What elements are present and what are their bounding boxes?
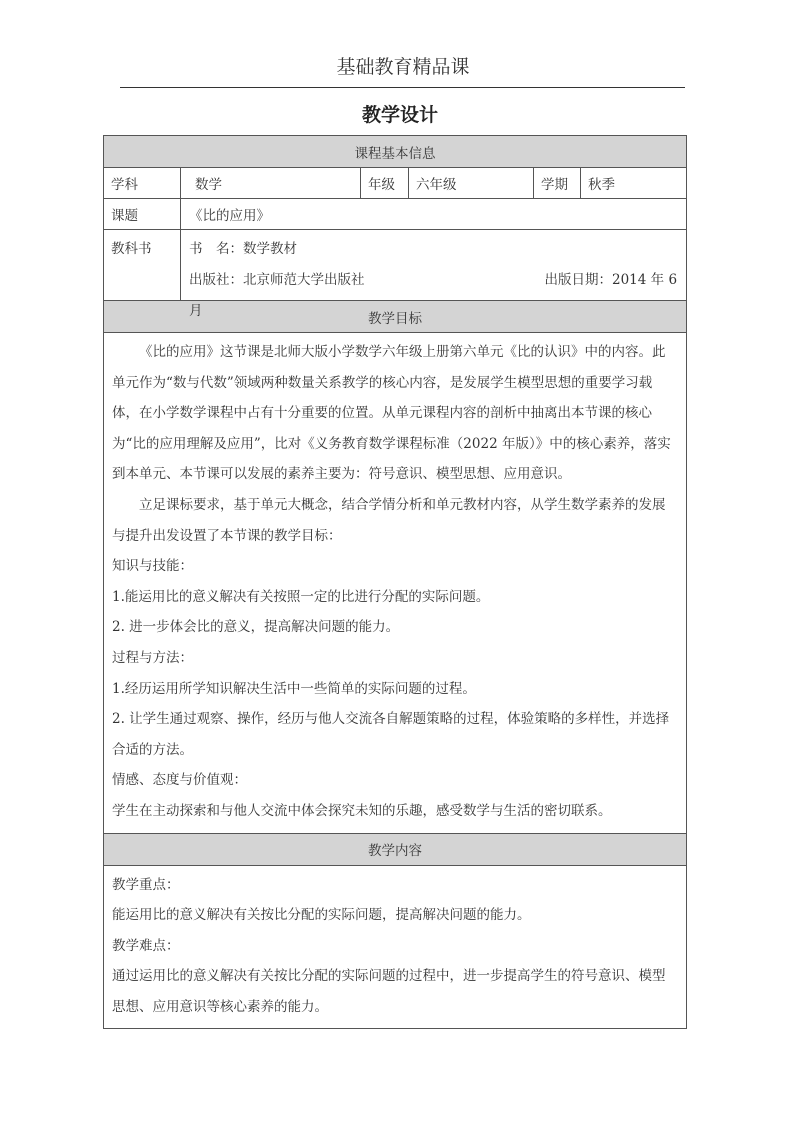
textbook-label: 教科书	[104, 230, 181, 301]
term-value: 秋季	[581, 168, 687, 199]
grade-label: 年级	[361, 168, 409, 199]
objectives-intro-2: 立足课标要求，基于单元大概念，结合学情分析和单元教材内容，从学生数学素养的发展与…	[112, 490, 678, 551]
difficulty-title: 教学难点：	[112, 931, 678, 962]
emotion-title: 情感、态度与价值观：	[112, 765, 678, 796]
knowledge-item: 2. 进一步体会比的意义，提高解决问题的能力。	[112, 612, 678, 643]
emotion-text: 学生在主动探索和与他人交流中体会探究未知的乐趣，感受数学与生活的密切联系。	[112, 796, 678, 827]
document-title: 教学设计	[0, 100, 800, 127]
lesson-design-table: 课程基本信息 学科 数学 年级 六年级 学期 秋季 课题 《比的应用》 教科书 …	[103, 135, 687, 1029]
key-point-title: 教学重点：	[112, 870, 678, 901]
process-item: 1.经历运用所学知识解决生活中一些简单的实际问题的过程。	[112, 674, 678, 705]
content-body: 教学重点： 能运用比的意义解决有关按比分配的实际问题，提高解决问题的能力。 教学…	[104, 865, 687, 1029]
term-label: 学期	[534, 168, 581, 199]
header-rule	[120, 87, 685, 88]
publisher-line: 出版社：北京师范大学出版社出版日期：2014 年 6 月	[189, 265, 678, 296]
series-title: 基础教育精品课	[122, 52, 684, 79]
subject-label: 学科	[104, 168, 181, 199]
process-title: 过程与方法：	[112, 643, 678, 674]
objectives-intro-1: 《比的应用》这节课是北师大版小学数学六年级上册第六单元《比的认识》中的内容。此单…	[112, 337, 678, 490]
objectives-body: 《比的应用》这节课是北师大版小学数学六年级上册第六单元《比的认识》中的内容。此单…	[104, 333, 687, 834]
section-header-basic-info: 课程基本信息	[104, 136, 687, 168]
subject-value: 数学	[181, 168, 361, 199]
process-item: 2. 让学生通过观察、操作，经历与他人交流各自解题策略的过程，体验策略的多样性，…	[112, 704, 678, 765]
section-header-content: 教学内容	[104, 833, 687, 865]
textbook-info: 书 名：数学教材 出版社：北京师范大学出版社出版日期：2014 年 6 月	[181, 230, 687, 301]
difficulty-text: 通过运用比的意义解决有关按比分配的实际问题的过程中，进一步提高学生的符号意识、模…	[112, 961, 678, 1022]
topic-label: 课题	[104, 199, 181, 230]
book-name: 书 名：数学教材	[189, 234, 678, 265]
topic-value: 《比的应用》	[181, 199, 687, 230]
key-point-text: 能运用比的意义解决有关按比分配的实际问题，提高解决问题的能力。	[112, 900, 678, 931]
publisher: 出版社：北京师范大学出版社	[189, 272, 365, 288]
knowledge-title: 知识与技能：	[112, 551, 678, 582]
knowledge-item: 1.能运用比的意义解决有关按照一定的比进行分配的实际问题。	[112, 582, 678, 613]
grade-value: 六年级	[409, 168, 534, 199]
